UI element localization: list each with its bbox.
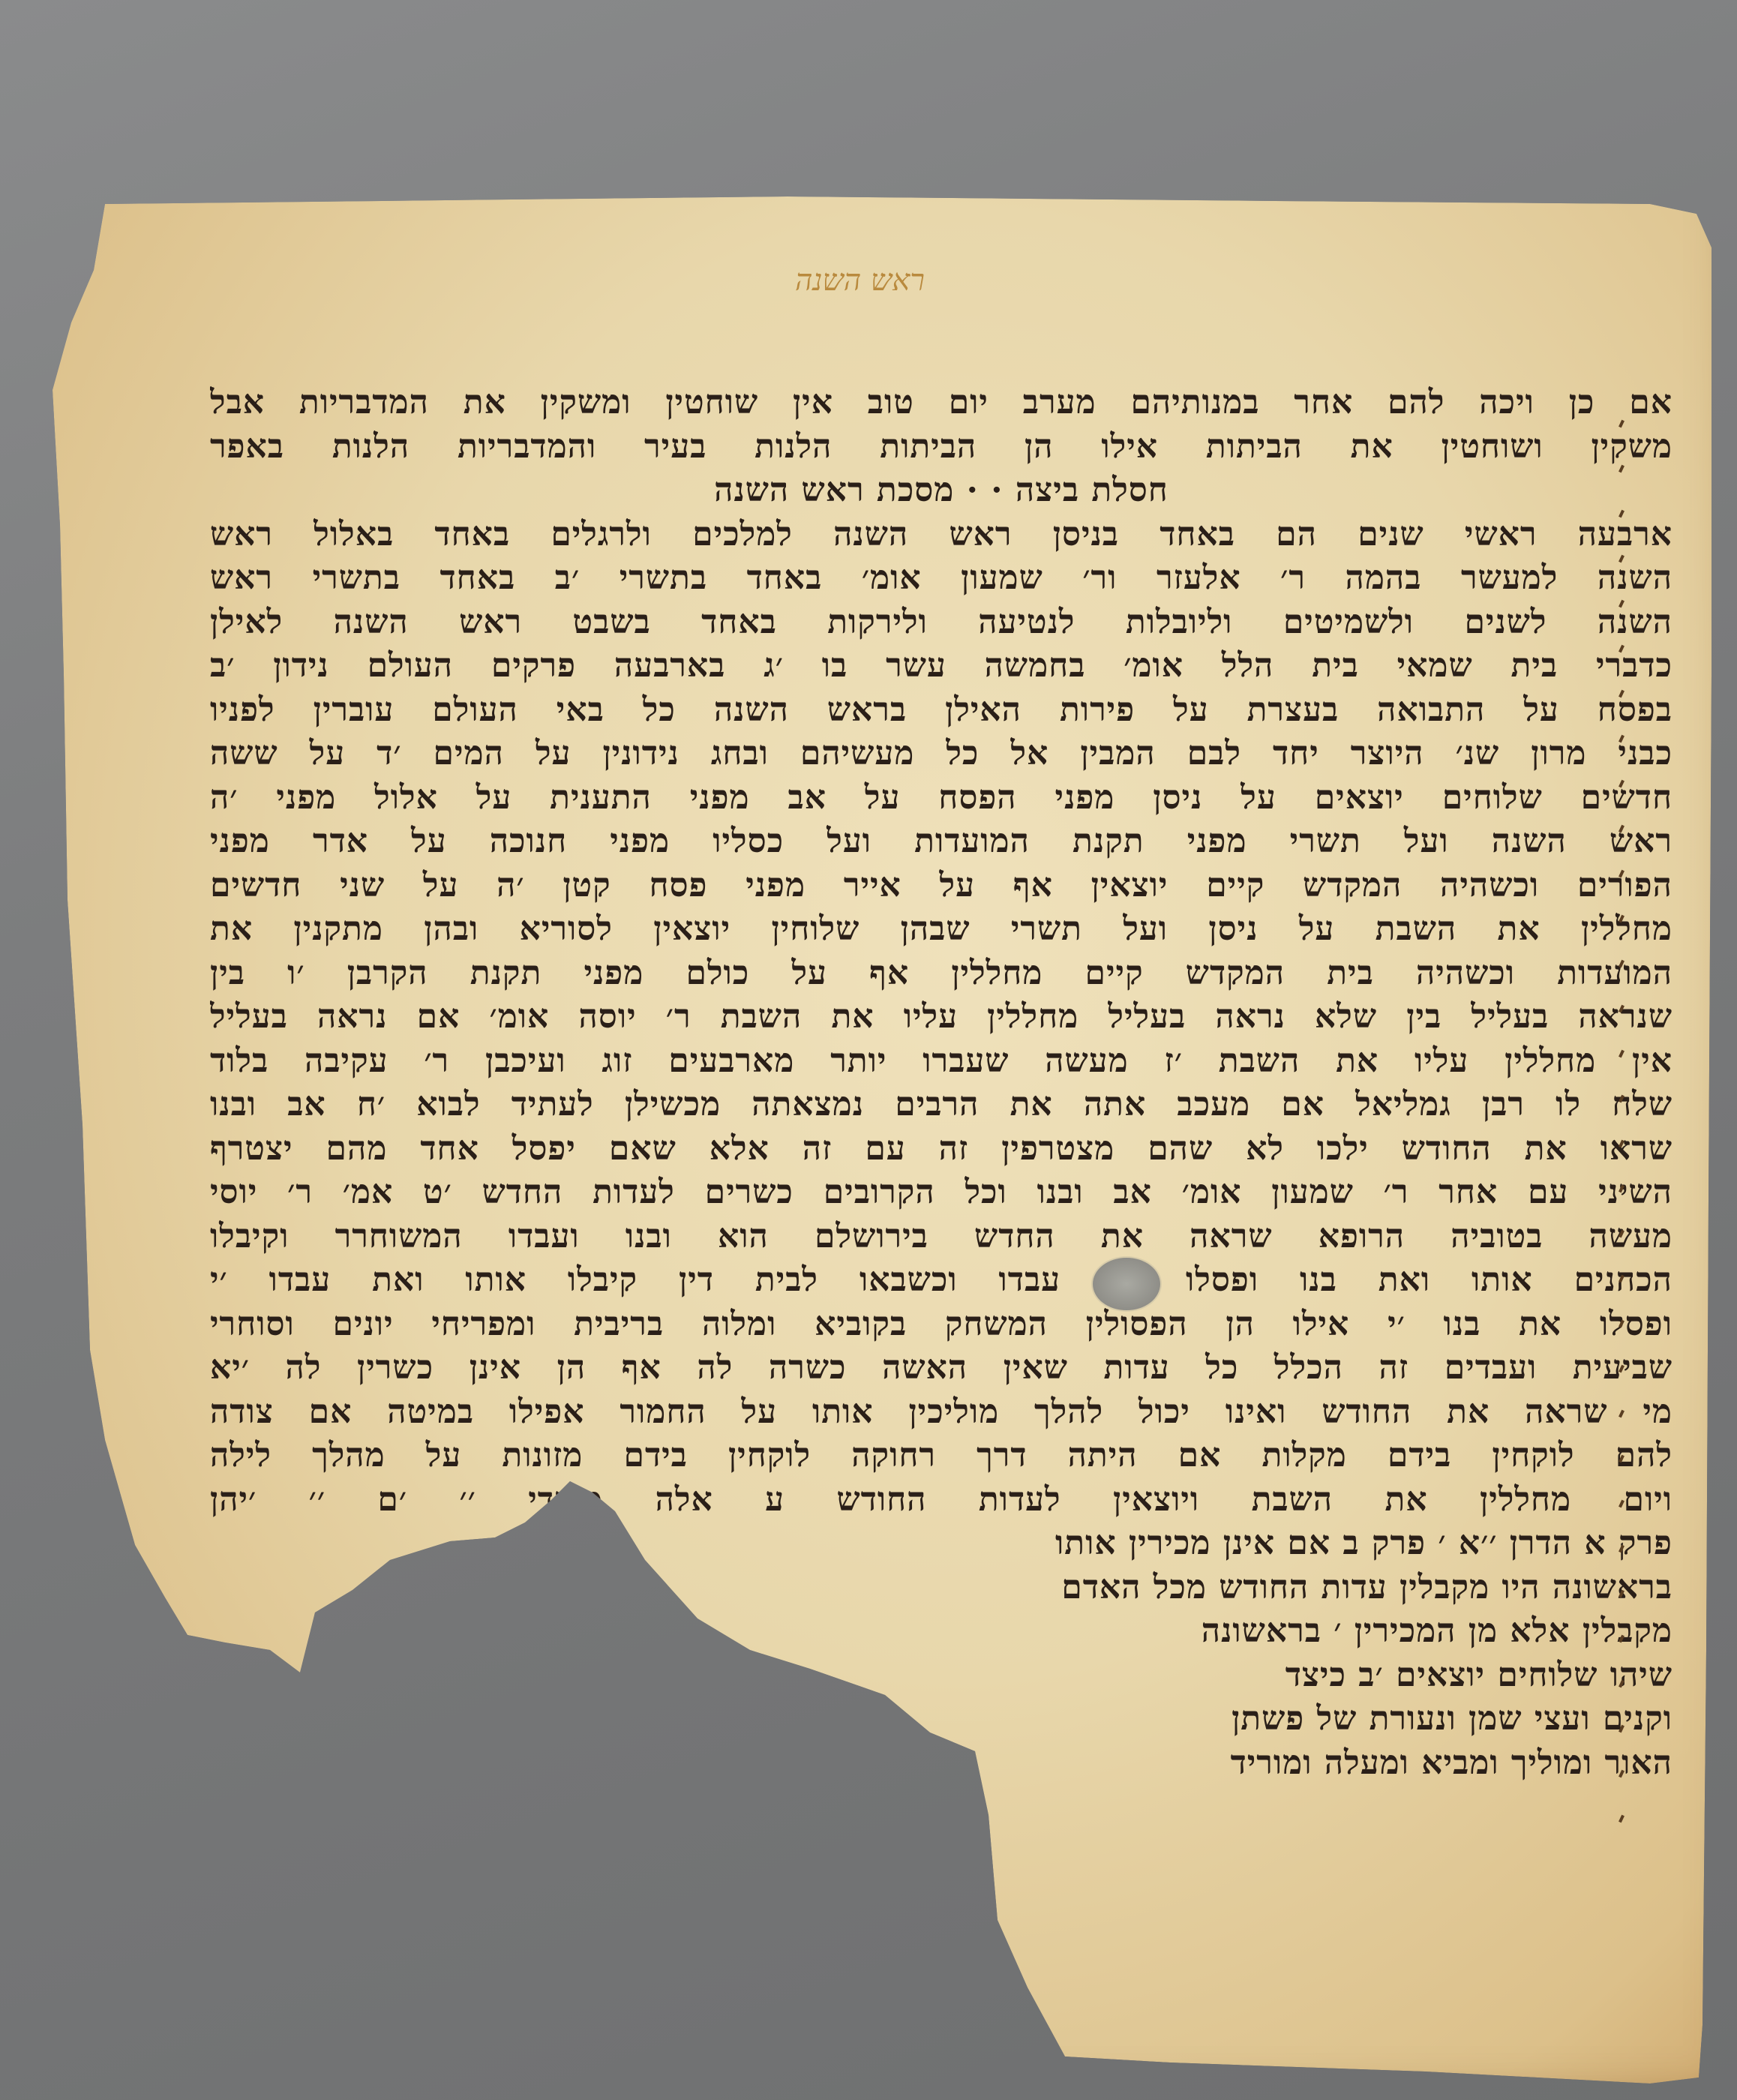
ruler-tick bbox=[333, 40, 334, 49]
manuscript-line: משקין ושוחטין את הביתות אילו הן הביתות ה… bbox=[210, 425, 1672, 469]
color-swatch bbox=[151, 103, 191, 142]
manuscript-line: כדברי בית שמאי בית הלל אומ׳ בחמשה עשר בו… bbox=[210, 644, 1672, 688]
cm-number: 5 bbox=[396, 61, 405, 80]
manuscript-line: להם לוקחין בידם מקלות אם היתה דרך רחוקה … bbox=[210, 1434, 1672, 1478]
ruler-tick bbox=[291, 40, 292, 49]
ruler-tick bbox=[186, 34, 187, 49]
manuscript-line: ופסלו את בנו ׳י אילו הן הפסולין המשחק בק… bbox=[210, 1303, 1672, 1347]
manuscript-line: השנה לשנים ולשמיטים וליובלות לנטיעה וליר… bbox=[210, 601, 1672, 645]
cm-number: 3 bbox=[262, 61, 271, 80]
manuscript-line: מקבלין אלא מן המכירין ׳ בראשונה bbox=[210, 1609, 1672, 1654]
cm-number: 4 bbox=[329, 61, 338, 80]
ruler: Inches 1 2 1 2 3 4 5 Centimetres bbox=[70, 22, 434, 98]
color-swatch bbox=[271, 103, 311, 142]
color-swatch bbox=[231, 103, 271, 142]
ruler-inches-label: Inches bbox=[87, 23, 131, 40]
ruler-tick bbox=[390, 50, 391, 80]
ruler-tick bbox=[228, 25, 229, 49]
ruler-tick bbox=[270, 34, 271, 49]
ruler-tick bbox=[144, 28, 145, 49]
running-head-annotation: ראש השנה bbox=[795, 262, 925, 298]
color-swatch bbox=[271, 142, 311, 182]
ruler-tick bbox=[323, 50, 325, 80]
color-swatch bbox=[190, 103, 231, 142]
photo-date-label: AT - 10/19/07 bbox=[459, 106, 857, 174]
color-swatch bbox=[351, 142, 391, 182]
manuscript-line: שנראה בעליל בין שלא נראה בעליל מחללין על… bbox=[210, 995, 1672, 1039]
ruler-tick bbox=[80, 35, 82, 49]
manuscript-line: הכהנים אותו ואת בנו ופסלו את עבדו וכשבאו… bbox=[210, 1258, 1672, 1303]
manuscript-line: ויום מחללין את השבת ויוצאין לעדות החודש … bbox=[210, 1478, 1672, 1522]
color-swatch bbox=[311, 142, 352, 182]
ruler-tick bbox=[375, 40, 376, 49]
manuscript-line: מעשה בטוביה הרופא שראה את החדש בירושלם ה… bbox=[210, 1215, 1672, 1259]
color-swatch bbox=[391, 103, 432, 142]
ruler-tick bbox=[165, 40, 166, 49]
inch-number: 2 bbox=[381, 25, 389, 42]
manuscript-line: אם כן ויכה להם אחר במנותיהם מערב יום טוב… bbox=[210, 381, 1672, 425]
inch-number: 1 bbox=[214, 25, 223, 42]
color-swatch bbox=[110, 142, 151, 182]
manuscript-line: בראשונה היו מקבלין עדות החודש מכל האדם bbox=[210, 1566, 1672, 1610]
manuscript-line: השנה למעשר בהמה ר׳ אלעזר ור׳ שמעון אומ׳ … bbox=[210, 556, 1672, 601]
color-swatch bbox=[190, 142, 231, 182]
ruler-tick bbox=[190, 50, 191, 80]
color-swatch bbox=[391, 142, 432, 182]
ruler-tick bbox=[354, 34, 355, 49]
manuscript-line: בפסח על התבואה בעצרת על פירות האילן בראש… bbox=[210, 688, 1672, 733]
manuscript-line: מחללין את השבת על ניסן ועל תשרי שבהן שלו… bbox=[210, 907, 1672, 952]
manuscript-line: ראש השנה ועל תשרי מפני תקנת המועדות ועל … bbox=[210, 820, 1672, 864]
ruler-tick bbox=[256, 50, 258, 80]
color-swatch bbox=[70, 103, 111, 142]
manuscript-line: מי שראה את החודש ואינו יכול להלך מוליכין… bbox=[210, 1390, 1672, 1435]
ruler-tick bbox=[417, 40, 418, 49]
manuscript-line: שראו את החודש ילכו לא שהם מצטרפין זה עם … bbox=[210, 1127, 1672, 1171]
manuscript-line: וקנים ועצי שמן ונעורת של פשתן bbox=[210, 1697, 1672, 1741]
manuscript-line: האור ומוליך ומביא ומעלה ומוריד bbox=[210, 1741, 1672, 1786]
manuscript-line: ארבעה ראשי שנים הם באחד בניסן ראש השנה ל… bbox=[210, 513, 1672, 557]
color-swatch bbox=[110, 103, 151, 142]
shelfmark-label: MS R1622 - L6b bbox=[459, 28, 947, 96]
color-calibration-card: Inches 1 2 1 2 3 4 5 Centimetres bbox=[67, 19, 437, 190]
ruler-tick bbox=[312, 28, 313, 49]
manuscript-line: שלח לו רבן גמליאל אם מעכב אתה את הרבים נ… bbox=[210, 1083, 1672, 1127]
manuscript-text-block: אם כן ויכה להם אחר במנותיהם מערב יום טוב… bbox=[210, 381, 1672, 1785]
ruler-tick bbox=[123, 50, 124, 80]
color-swatches bbox=[70, 103, 431, 182]
color-swatch bbox=[231, 142, 271, 182]
ruler-tick bbox=[396, 25, 397, 49]
color-swatch bbox=[351, 103, 391, 142]
manuscript-line: הפורים וכשהיה המקדש קיים יוצאין אף על אי… bbox=[210, 864, 1672, 908]
manuscript-line: פרק א הדרן ׳׳א ׳ פרק ב אם אינן מכירין או… bbox=[210, 1522, 1672, 1566]
manuscript-line: חדשים שלוחים יוצאים על ניסן מפני הפסח על… bbox=[210, 776, 1672, 820]
manuscript-line: המועדות וכשהיה בית המקדש קיים מחללין אף … bbox=[210, 952, 1672, 996]
manuscript-line: שביעית ועבדים זה הכלל כל עדות שאין האשה … bbox=[210, 1346, 1672, 1390]
parchment-hole bbox=[1091, 1256, 1162, 1312]
ruler-tick bbox=[207, 40, 208, 49]
manuscript-line: כבני מרון שנ׳ היוצר יחד לבם המבין אל כל … bbox=[210, 732, 1672, 776]
cm-number: 2 bbox=[196, 61, 205, 80]
color-swatch bbox=[311, 103, 352, 142]
cm-number: 1 bbox=[129, 61, 138, 80]
manuscript-line: אין מחללין עליו את השבת ׳ז מעשה שעברו יו… bbox=[210, 1039, 1672, 1084]
ruler-tick bbox=[249, 40, 250, 49]
tractate-heading: חסלת ביצה · · מסכת ראש השנה bbox=[210, 469, 1672, 513]
color-swatch bbox=[70, 142, 111, 182]
manuscript-line: שיהו שלוחים יוצאים ׳ב כיצד bbox=[210, 1654, 1672, 1698]
color-swatch bbox=[151, 142, 191, 182]
ruler-tick bbox=[102, 40, 103, 49]
ruler-baseline bbox=[70, 49, 434, 50]
manuscript-line: השיני עם אחר ר׳ שמעון אומ׳ אב ובנו וכל ה… bbox=[210, 1171, 1672, 1215]
ruler-centimetres-label: Centimetres bbox=[84, 82, 177, 101]
